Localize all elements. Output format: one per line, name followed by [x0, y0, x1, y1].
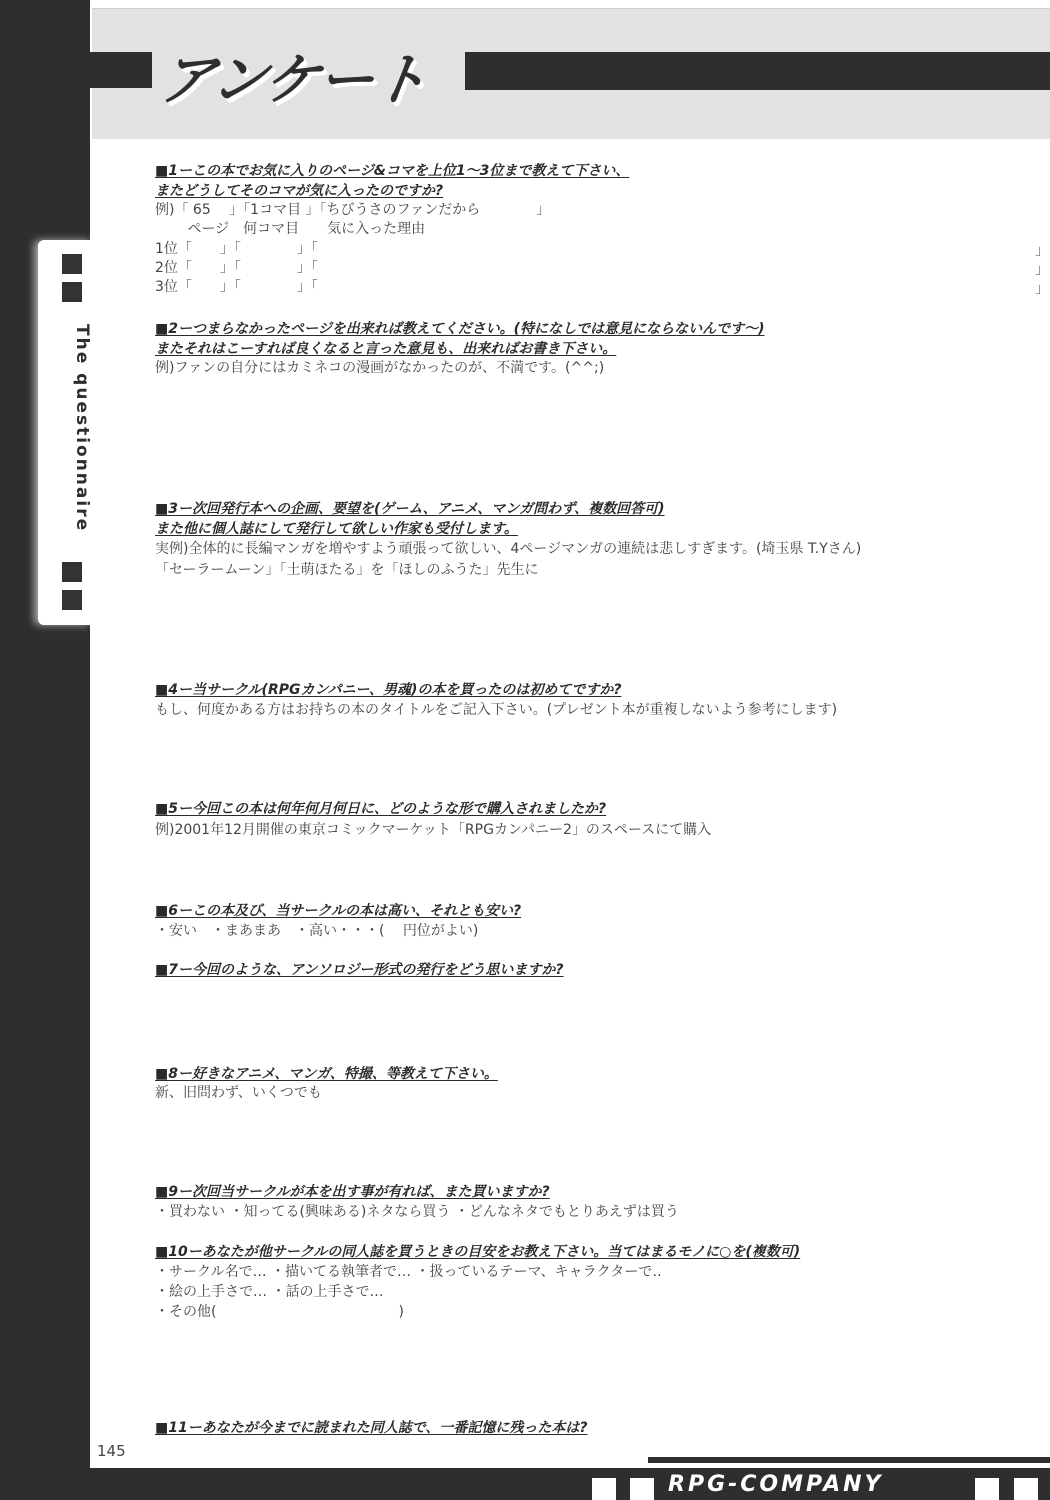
- question-4-heading: ■4ー当サークル(RPGカンパニー、男魂)の本を買ったのは初めてですか?: [155, 681, 621, 700]
- question-2-heading: ■2ーつまらなかったページを出来れば教えてください。(特になしでは意見にならない…: [155, 320, 764, 339]
- footer-block: [630, 1478, 654, 1500]
- rank-row-3-close: 」: [1035, 278, 1049, 298]
- footer-band: [0, 1468, 1050, 1500]
- question-3-example: 実例)全体的に長編マンガを増やすよう頑張って欲しい、4ページマンガの連続は悲しす…: [155, 540, 861, 559]
- question-6-heading: ■6ーこの本及び、当サークルの本は高い、それとも安い?: [155, 902, 521, 921]
- question-10-other[interactable]: ・その他( ): [155, 1303, 404, 1322]
- question-8-note: 新、旧問わず、いくつでも: [155, 1084, 322, 1103]
- square-icon: [62, 562, 82, 582]
- question-3-heading: また他に個人誌にして発行して欲しい作家も受付します。: [155, 520, 518, 539]
- square-icon: [62, 254, 82, 274]
- question-9-heading: ■9ー次回当サークルが本を出す事が有れば、また買いますか?: [155, 1183, 550, 1202]
- question-8-heading: ■8ー好きなアニメ、マンガ、特撮、等教えて下さい。: [155, 1065, 498, 1084]
- rank-row-2[interactable]: 2位「 」「 」「: [155, 259, 318, 278]
- square-icon: [62, 282, 82, 302]
- footer-block: [592, 1478, 616, 1500]
- header-left-block: [90, 52, 152, 88]
- square-icon: [62, 590, 82, 610]
- rank-row-1[interactable]: 1位「 」「 」「: [155, 240, 318, 259]
- question-2-example: 例)ファンの自分にはカミネコの漫画がなかったのが、不満です。(^^;): [155, 359, 604, 378]
- question-2-heading: またそれはこーすれば良くなると言った意見も、出来ればお書き下さい。: [155, 340, 616, 359]
- question-1-heading: ■1ーこの本でお気に入りのページ&コマを上位1〜3位まで教えて下さい、: [155, 162, 629, 181]
- page-title: アンケート: [154, 36, 432, 116]
- question-10-options[interactable]: ・サークル名で… ・描いてる執筆者で… ・扱っているテーマ、キャラクターで‥: [155, 1263, 662, 1282]
- left-margin-bar: [0, 0, 90, 1500]
- question-1-example-labels: ページ 何コマ目 気に入った理由: [155, 220, 425, 239]
- side-tab-label: The questionnaire: [52, 324, 92, 544]
- question-9-options[interactable]: ・買わない ・知ってる(興味ある)ネタなら買う ・どんなネタでもとりあえずは買う: [155, 1203, 679, 1222]
- header-right-bar: [465, 52, 1050, 90]
- side-tab: The questionnaire: [38, 240, 93, 625]
- question-1-heading: またどうしてそのコマが気に入ったのですか?: [155, 182, 443, 201]
- question-6-options[interactable]: ・安い ・まあまあ ・高い・・・( 円位がよい): [155, 922, 478, 941]
- question-4-note: もし、何度かある方はお持ちの本のタイトルをご記入下さい。(プレゼント本が重複しな…: [155, 701, 837, 720]
- rank-row-1-close: 」: [1035, 240, 1049, 260]
- question-10-options[interactable]: ・絵の上手さで… ・話の上手さで…: [155, 1283, 383, 1302]
- footer-block: [975, 1478, 999, 1500]
- question-3-heading: ■3ー次回発行本への企画、要望を(ゲーム、アニメ、マンガ問わず、複数回答可): [155, 500, 665, 519]
- question-10-heading: ■10ーあなたが他サークルの同人誌を買うときの目安をお教え下さい。当てはまるモノ…: [155, 1243, 800, 1262]
- question-7-heading: ■7ー今回のような、アンソロジー形式の発行をどう思いますか?: [155, 961, 564, 980]
- question-1-example: 例)「 65 」「1コマ目 」「ちびうさのファンだから 」: [155, 201, 550, 220]
- question-11-heading: ■11ーあなたが今までに読まれた同人誌で、一番記憶に残った本は?: [155, 1419, 588, 1438]
- rank-row-2-close: 」: [1035, 259, 1049, 279]
- footer-brand: RPG-COMPANY: [668, 1472, 883, 1497]
- question-5-example: 例)2001年12月開催の東京コミックマーケット「RPGカンパニー2」のスペース…: [155, 821, 711, 840]
- rank-row-3[interactable]: 3位「 」「 」「: [155, 278, 318, 297]
- footer-line: [648, 1457, 1050, 1463]
- footer-block: [1014, 1478, 1038, 1500]
- question-5-heading: ■5ー今回この本は何年何月何日に、どのような形で購入されましたか?: [155, 800, 606, 819]
- page-number: 145: [97, 1442, 126, 1460]
- question-3-example: 「セーラームーン」「土萌ほたる」を「ほしのふうた」先生に: [155, 561, 538, 580]
